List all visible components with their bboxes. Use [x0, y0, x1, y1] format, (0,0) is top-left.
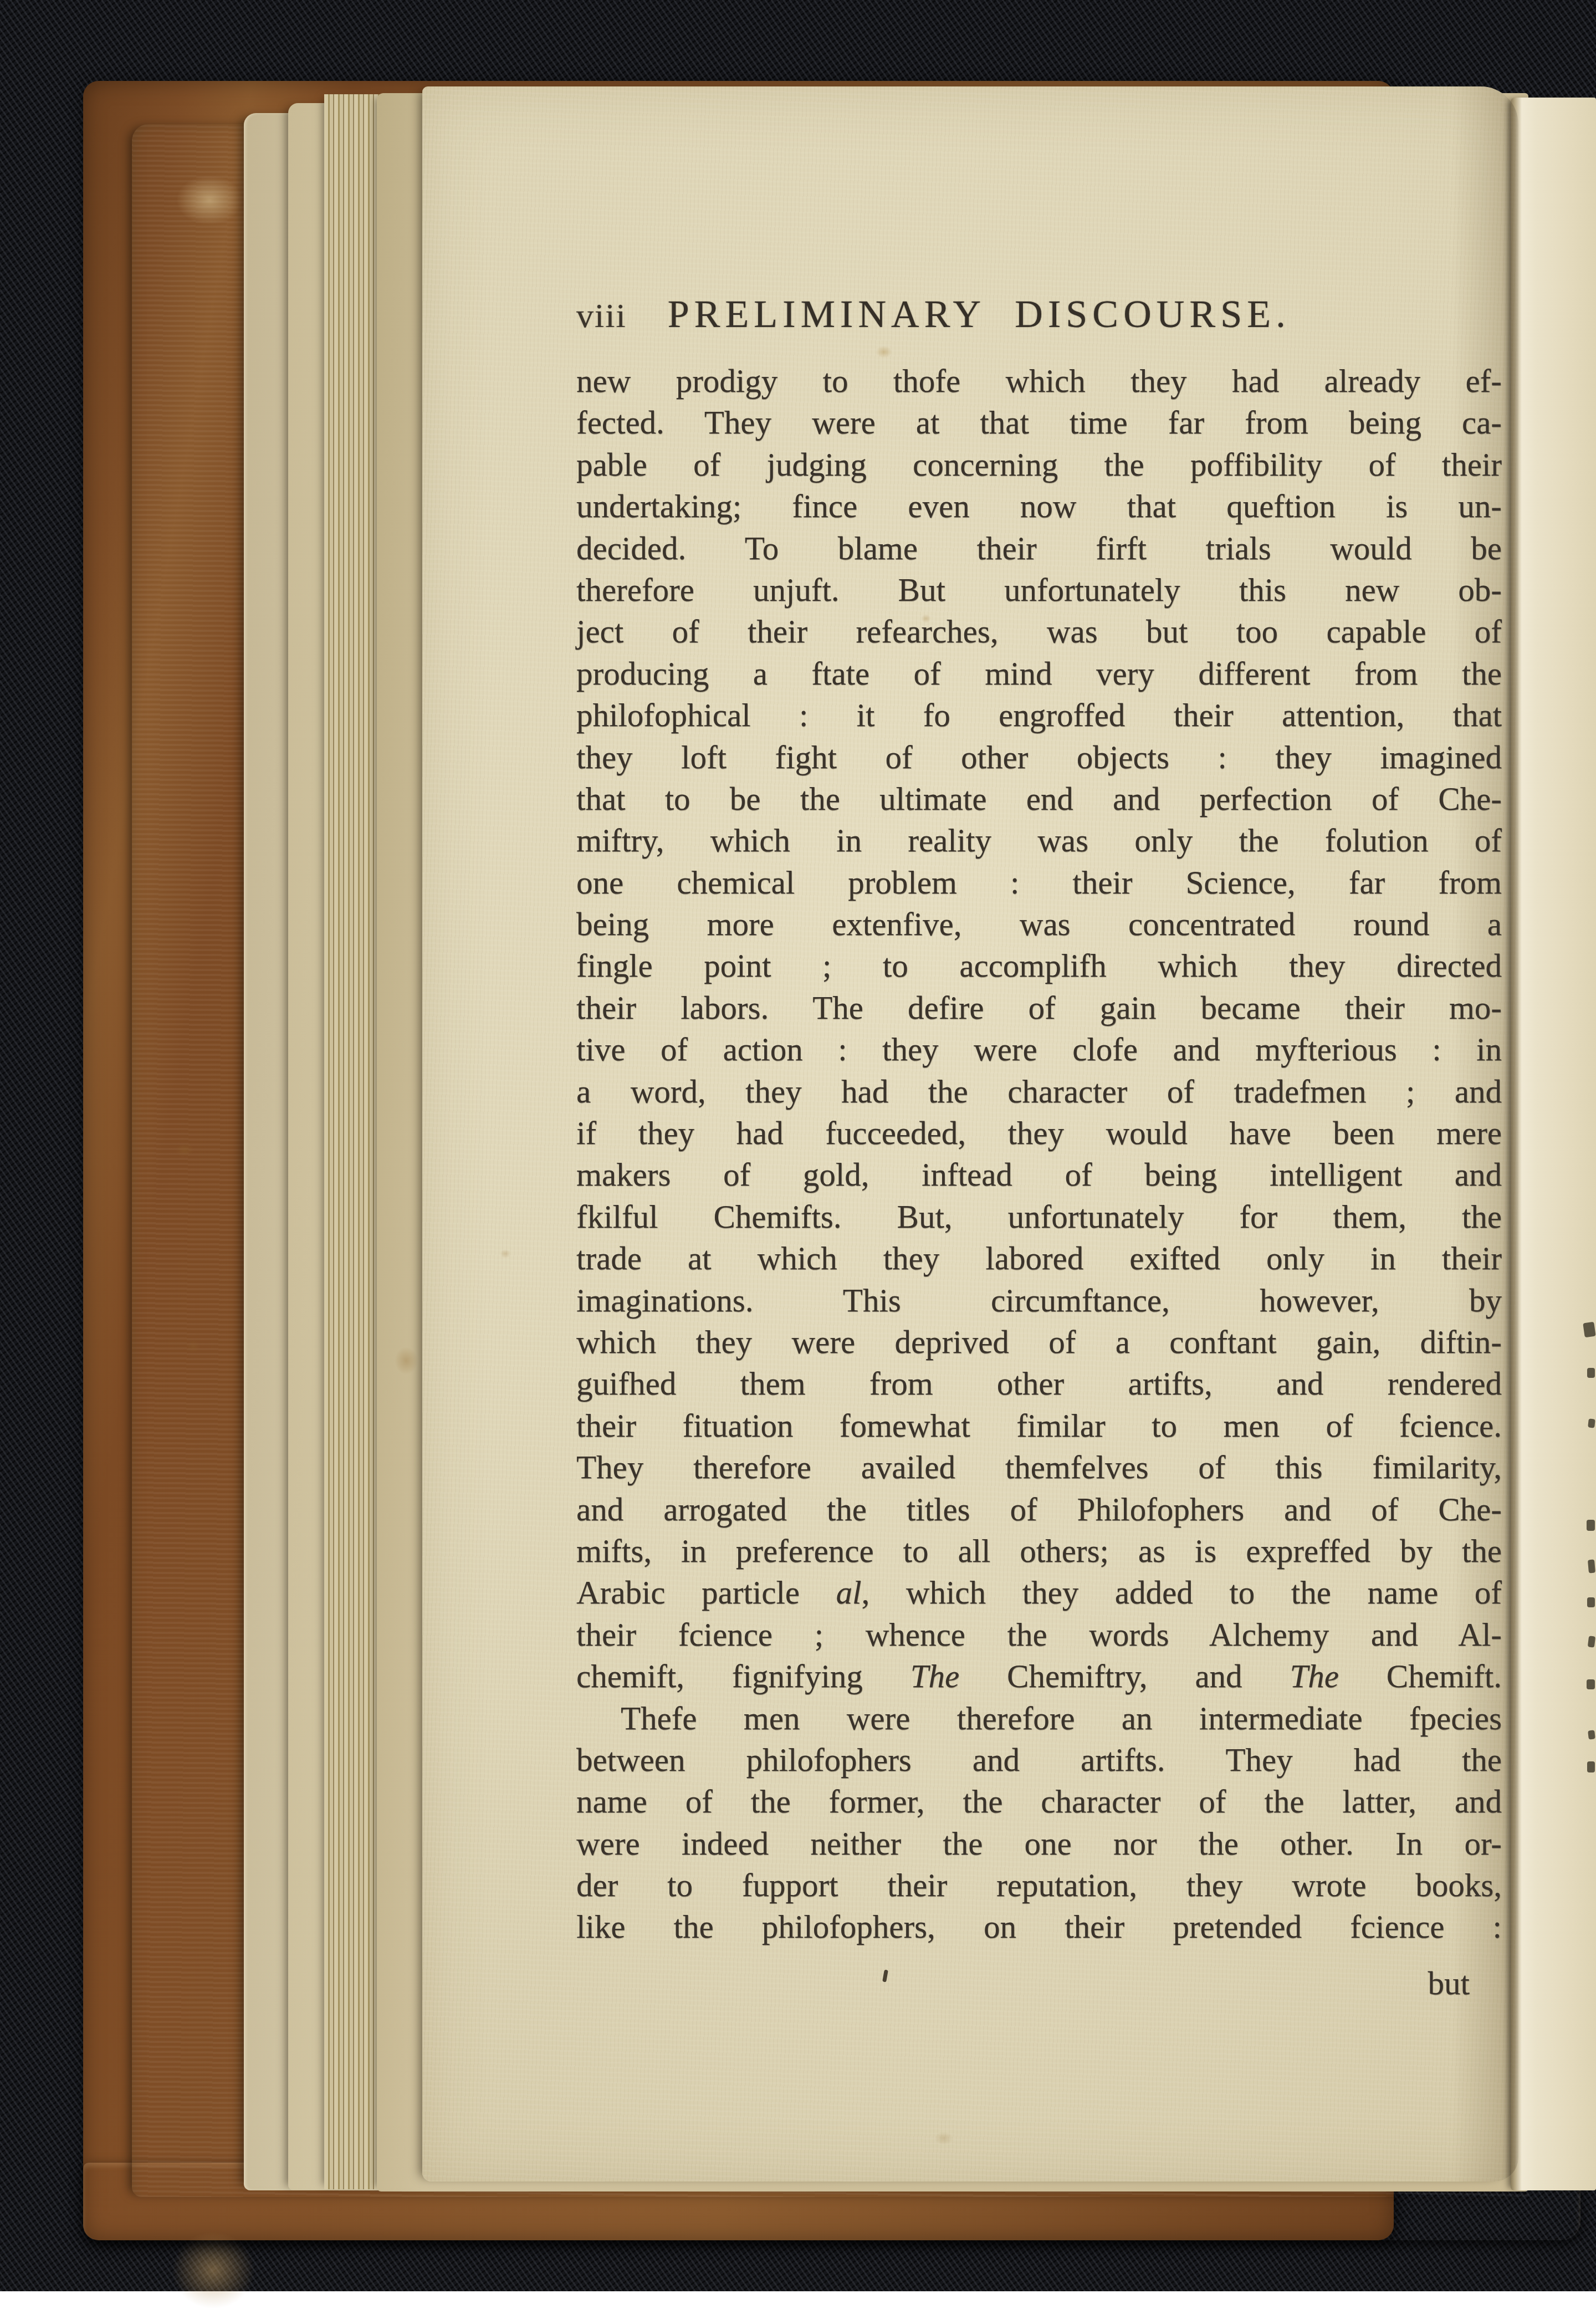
page-fore-edge-stack: [324, 94, 381, 2189]
text-line: fected. They were at that time far from …: [576, 402, 1502, 443]
facing-page-text-fragment: [1587, 1761, 1595, 1772]
text-line: der to fupport their reputation, they wr…: [576, 1864, 1502, 1906]
text-line: producing a ftate of mind very different…: [576, 653, 1502, 694]
text-line: trade at which they labored exifted only…: [576, 1238, 1502, 1279]
page-header: viii PRELIMINARY DISCOURSE.: [576, 293, 1502, 337]
foxing-stain: [934, 2132, 953, 2145]
text-line: decided. To blame their firft trials wou…: [576, 528, 1502, 569]
text-line: ject of their refearches, was but too ca…: [576, 611, 1502, 652]
facing-page-text-fragment: [1588, 1418, 1595, 1428]
text-line: their fituation fomewhat fimilar to men …: [576, 1405, 1502, 1447]
facing-page-text-fragment: [1587, 1520, 1595, 1531]
text-line: which they were deprived of a conftant g…: [576, 1321, 1502, 1363]
text-line: undertaking; fince even now that queftio…: [576, 486, 1502, 527]
text-line: philofophical : it fo engroffed their at…: [576, 694, 1502, 736]
text-line: therefore unjuft. But unfortunately this…: [576, 569, 1502, 611]
text-line: like the philofophers, on their pretende…: [576, 1906, 1502, 1948]
text-line: name of the former, the character of the…: [576, 1781, 1502, 1822]
facing-page-text-fragment: [1587, 1679, 1595, 1689]
text-line: were indeed neither the one nor the othe…: [576, 1823, 1502, 1864]
text-line: that to be the ultimate end and perfecti…: [576, 778, 1502, 820]
running-title: PRELIMINARY DISCOURSE.: [668, 293, 1291, 337]
text-line: their labors. The defire of gain became …: [576, 987, 1502, 1029]
text-line: new prodigy to thofe which they had alre…: [576, 360, 1502, 402]
facing-page-text-fragment: [1588, 1636, 1595, 1647]
text-line: Arabic particle al, which they added to …: [576, 1572, 1502, 1613]
text-line: they loft fight of other objects : they …: [576, 737, 1502, 778]
photo-backdrop-fabric: viii PRELIMINARY DISCOURSE. new prodigy …: [0, 0, 1596, 2291]
facing-page-text-fragment: [1588, 1560, 1595, 1574]
body-text: new prodigy to thofe which they had alre…: [576, 360, 1502, 1948]
text-line: if they had fucceeded, they would have b…: [576, 1112, 1502, 1154]
text-line: Thefe men were therefore an intermediate…: [576, 1698, 1502, 1739]
text-line: being more extenfive, was concentrated r…: [576, 903, 1502, 945]
leather-worn-corner-bottom: [172, 2231, 255, 2291]
text-line: their fcience ; whence the words Alchemy…: [576, 1614, 1502, 1656]
catchword-row: but: [576, 1964, 1502, 2003]
foxing-stain: [500, 1249, 511, 1258]
text-line: chemift, fignifying The Chemiftry, and T…: [576, 1656, 1502, 1697]
text-line: a word, they had the character of tradef…: [576, 1071, 1502, 1112]
text-line: imaginations. This circumftance, however…: [576, 1280, 1502, 1321]
facing-page-text-fragment: [1583, 1322, 1595, 1338]
text-line: fkilful Chemifts. But, unfortunately for…: [576, 1196, 1502, 1238]
text-line: pable of judging concerning the poffibil…: [576, 444, 1502, 486]
text-line: They therefore availed themfelves of thi…: [576, 1447, 1502, 1488]
foxing-stain: [876, 346, 892, 358]
text-line: fingle point ; to accomplifh which they …: [576, 945, 1502, 987]
facing-page-edge: [1511, 98, 1596, 2190]
text-line: miftry, which in reality was only the fo…: [576, 820, 1502, 861]
folio-number: viii: [576, 297, 627, 336]
facing-page-text-fragment: [1588, 1730, 1595, 1739]
text-line: one chemical problem : their Science, fa…: [576, 862, 1502, 903]
book-page: viii PRELIMINARY DISCOURSE. new prodigy …: [422, 86, 1518, 2182]
facing-page-text-fragment: [1587, 1597, 1595, 1607]
text-line: between philofophers and artifts. They h…: [576, 1739, 1502, 1781]
text-line: and arrogated the titles of Philofophers…: [576, 1489, 1502, 1530]
text-line: guifhed them from other artifts, and ren…: [576, 1363, 1502, 1404]
text-line: mifts, in preference to all others; as i…: [576, 1530, 1502, 1572]
catchword: but: [1428, 1965, 1470, 2001]
facing-page-text-fragment: [1587, 1368, 1595, 1378]
text-line: tive of action : they were clofe and myf…: [576, 1029, 1502, 1070]
text-line: makers of gold, inftead of being intelli…: [576, 1154, 1502, 1196]
